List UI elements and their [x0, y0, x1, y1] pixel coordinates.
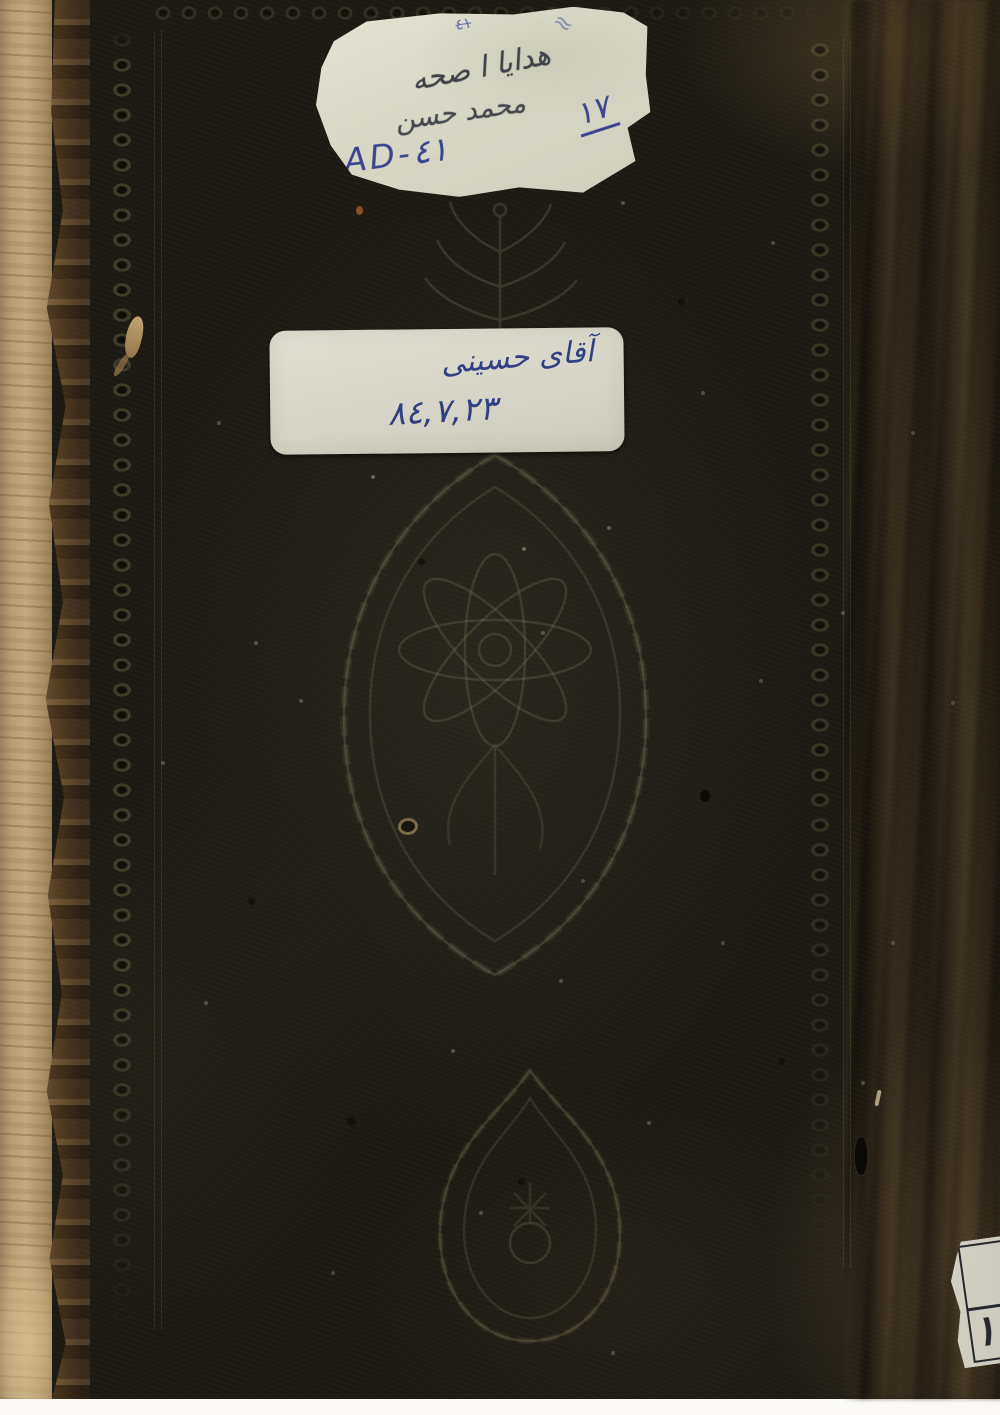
surface-slot	[854, 1136, 868, 1176]
torn-paper-label: ٤١ ≈ هدايا ا صحه محمد حسن AD-٤١ ١٧	[313, 4, 653, 202]
owner-name-handwriting: آقاى حسينى	[439, 334, 595, 381]
date-handwriting: ٨٤,٧,٢٣	[269, 382, 615, 440]
name-sticker-label: آقاى حسينى ٨٤,٧,٢٣	[269, 327, 624, 455]
rust-spot	[356, 206, 363, 215]
ink-number: ١٧	[569, 87, 621, 138]
surface-pit	[700, 790, 710, 802]
shelfmark-code: AD-٤١	[342, 129, 450, 180]
crossed-out-scribble: ٤١	[454, 13, 473, 34]
stamp-border-frame: كتابخانة شوراى اسلامى ١٧	[957, 1225, 1000, 1363]
dark-pits	[0, 0, 3, 3]
leather-grain-overlay	[52, 0, 1000, 1399]
manuscript-cover-photo: ٤١ ≈ هدايا ا صحه محمد حسن AD-٤١ ١٧ آقاى …	[0, 0, 1000, 1415]
